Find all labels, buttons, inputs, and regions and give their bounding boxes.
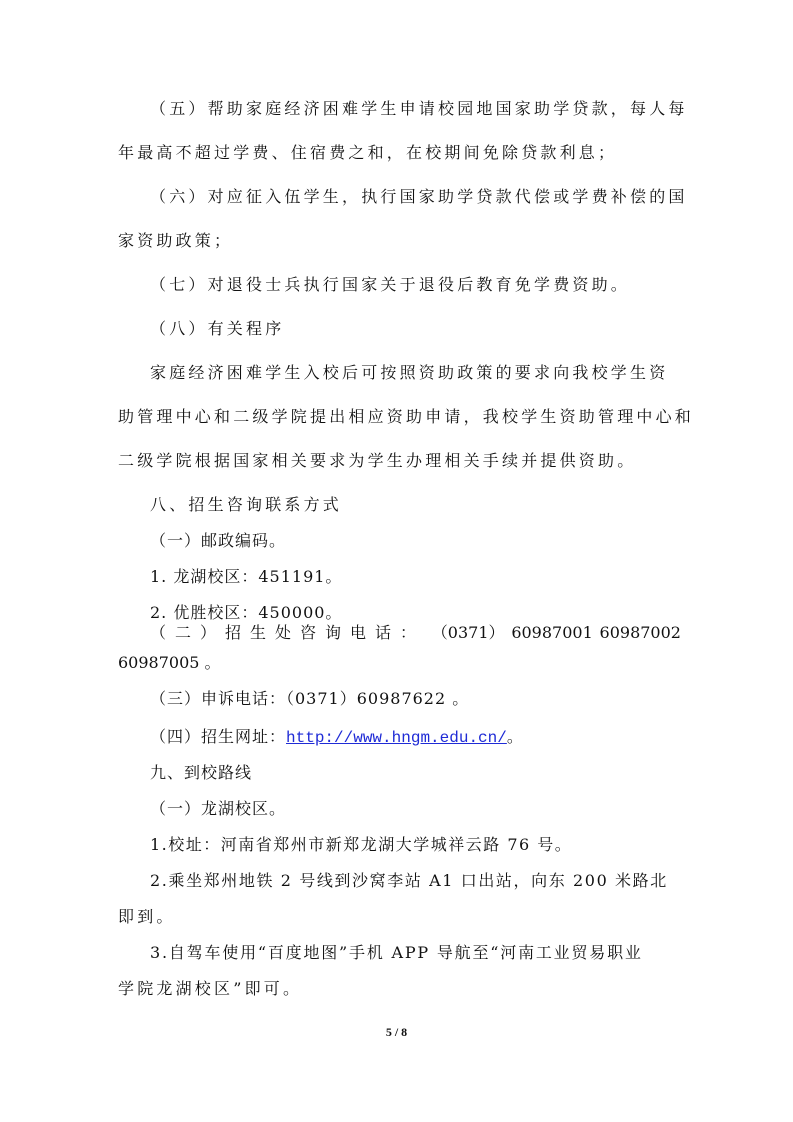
admission-website-line: （四）招生网址：http://www.hngm.edu.cn/。 <box>150 726 681 748</box>
admission-website-suffix: 。 <box>507 727 524 746</box>
paragraph-6-line-1: （六）对应征入伍学生，执行国家助学贷款代偿或学费补偿的国 <box>150 186 681 208</box>
admission-phone-2: 60987002 <box>600 622 681 644</box>
document-page: （五）帮助家庭经济困难学生申请校园地国家助学贷款，每人每 年最高不超过学费、住宿… <box>0 0 793 1122</box>
procedure-line-3: 二级学院根据国家相关要求为学生办理相关手续并提供资助。 <box>118 450 681 472</box>
procedure-line-2: 助管理中心和二级学院提出相应资助申请，我校学生资助管理中心和 <box>118 406 681 428</box>
section-8-heading: 八、招生咨询联系方式 <box>150 494 681 516</box>
paragraph-7: （七）对退役士兵执行国家关于退役后教育免学费资助。 <box>150 274 681 296</box>
campus-address: 1.校址：河南省郑州市新郑龙湖大学城祥云路 76 号。 <box>150 834 681 856</box>
paragraph-5-line-1: （五）帮助家庭经济困难学生申请校园地国家助学贷款，每人每 <box>150 98 681 120</box>
admission-website-label: （四）招生网址： <box>150 727 286 746</box>
admission-phone-line: （二）招生处咨询电话： （0371） 60987001 60987002 <box>150 622 681 644</box>
driving-route-line-2: 学院龙湖校区”即可。 <box>118 978 681 1000</box>
driving-route-line-1: 3.自驾车使用“百度地图”手机 APP 导航至“河南工业贸易职业 <box>150 942 681 964</box>
paragraph-8-heading: （八）有关程序 <box>150 318 681 340</box>
admission-phone-3: 60987005 。 <box>118 652 681 674</box>
postal-code-yousheng: 2. 优胜校区：450000。 <box>150 602 681 624</box>
admission-phone-area-code: （0371） <box>432 622 505 644</box>
postal-code-heading: （一）邮政编码。 <box>150 530 681 552</box>
procedure-line-1: 家庭经济困难学生入校后可按照资助政策的要求向我校学生资 <box>150 362 681 384</box>
paragraph-5-line-2: 年最高不超过学费、住宿费之和，在校期间免除贷款利息； <box>118 142 681 164</box>
admission-phone-1: 60987001 <box>511 622 592 644</box>
complaint-phone: （三）申诉电话：（0371）60987622 。 <box>150 688 681 710</box>
metro-route-line-2: 即到。 <box>118 906 681 928</box>
admission-website-link[interactable]: http://www.hngm.edu.cn/ <box>286 729 507 747</box>
page-number: 5 / 8 <box>0 1025 793 1040</box>
section-9-heading: 九、到校路线 <box>150 762 681 784</box>
longhu-campus-heading: （一）龙湖校区。 <box>150 798 681 820</box>
admission-phone-label: （二）招生处咨询电话： <box>150 622 425 644</box>
paragraph-6-line-2: 家资助政策； <box>118 230 681 252</box>
postal-code-longhu: 1. 龙湖校区：451191。 <box>150 566 681 588</box>
metro-route-line-1: 2.乘坐郑州地铁 2 号线到沙窝李站 A1 口出站，向东 200 米路北 <box>150 870 681 892</box>
